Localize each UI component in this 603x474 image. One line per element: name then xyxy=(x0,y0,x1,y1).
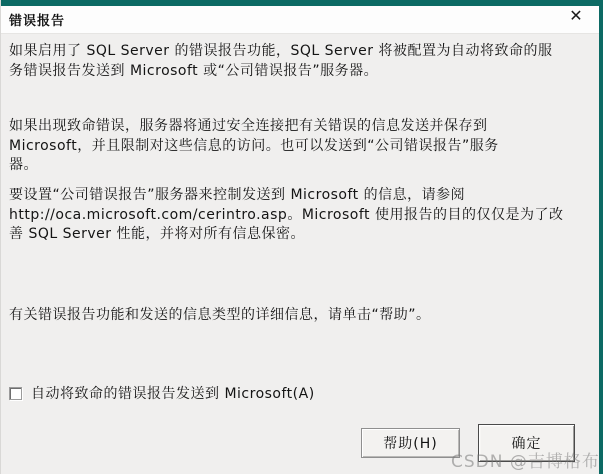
desktop-edge-right xyxy=(599,0,603,474)
paragraph-cer-server-info: 要设置“公司错误报告”服务器来控制发送到 Microsoft 的信息，请参阅 h… xyxy=(9,186,581,245)
auto-send-checkbox-row: 自动将致命的错误报告发送到 Microsoft(A) xyxy=(9,384,315,402)
close-icon[interactable]: ✕ xyxy=(564,4,588,26)
ok-button[interactable]: 确定 xyxy=(478,424,575,462)
help-button[interactable]: 帮助(H) xyxy=(361,428,460,458)
paragraph-help-hint: 有关错误报告功能和发送的信息类型的详细信息，请单击“帮助”。 xyxy=(9,306,581,326)
titlebar: 错误报告 xyxy=(1,6,599,34)
auto-send-checkbox-label[interactable]: 自动将致命的错误报告发送到 Microsoft(A) xyxy=(31,383,315,403)
auto-send-checkbox[interactable] xyxy=(9,387,22,400)
paragraph-fatal-error-behavior: 如果出现致命错误，服务器将通过安全连接把有关错误的信息发送并保存到 Micros… xyxy=(9,117,581,176)
paragraph-error-reporting-intro: 如果启用了 SQL Server 的错误报告功能，SQL Server 将被配置… xyxy=(9,42,581,81)
error-report-dialog: 错误报告 ✕ 如果启用了 SQL Server 的错误报告功能，SQL Serv… xyxy=(0,0,603,474)
window-title: 错误报告 xyxy=(9,10,65,29)
